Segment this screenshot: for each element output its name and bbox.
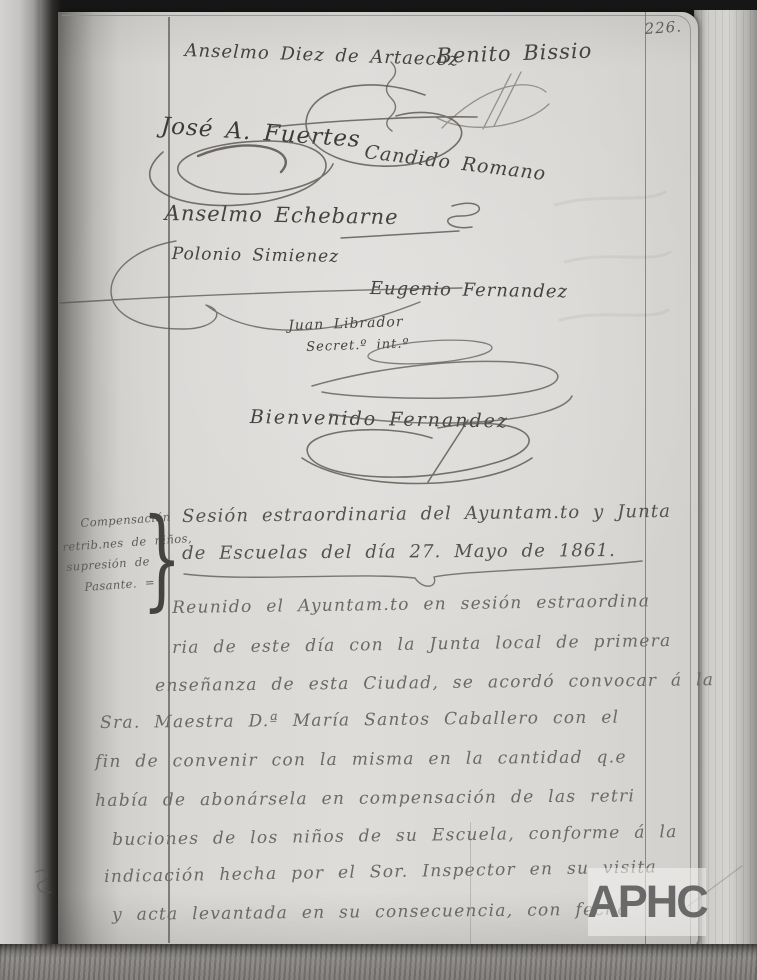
- scanned-manuscript-photo: 226. Anselmo Diez de Artaecoz Benito Bis…: [0, 0, 757, 980]
- right-margin-rule: [645, 12, 646, 948]
- signature: Anselmo Echebarne: [165, 201, 399, 229]
- underlying-page-edges: [694, 10, 757, 946]
- manuscript-page: 226. Anselmo Diez de Artaecoz Benito Bis…: [58, 12, 698, 948]
- adjacent-page-edge: [0, 0, 44, 946]
- session-heading-line2: de Escuelas del día 27. Mayo de 1861.: [182, 540, 616, 564]
- signature: Eugenio Fernandez: [370, 278, 568, 302]
- archive-watermark: APHC: [588, 868, 706, 936]
- page-number: 226.: [644, 17, 683, 38]
- watermark-text: APHC: [587, 876, 707, 928]
- table-surface: [0, 944, 757, 980]
- signature: Polonio Simienez: [172, 244, 340, 267]
- signature: Bienvenido Fernandez: [250, 406, 510, 433]
